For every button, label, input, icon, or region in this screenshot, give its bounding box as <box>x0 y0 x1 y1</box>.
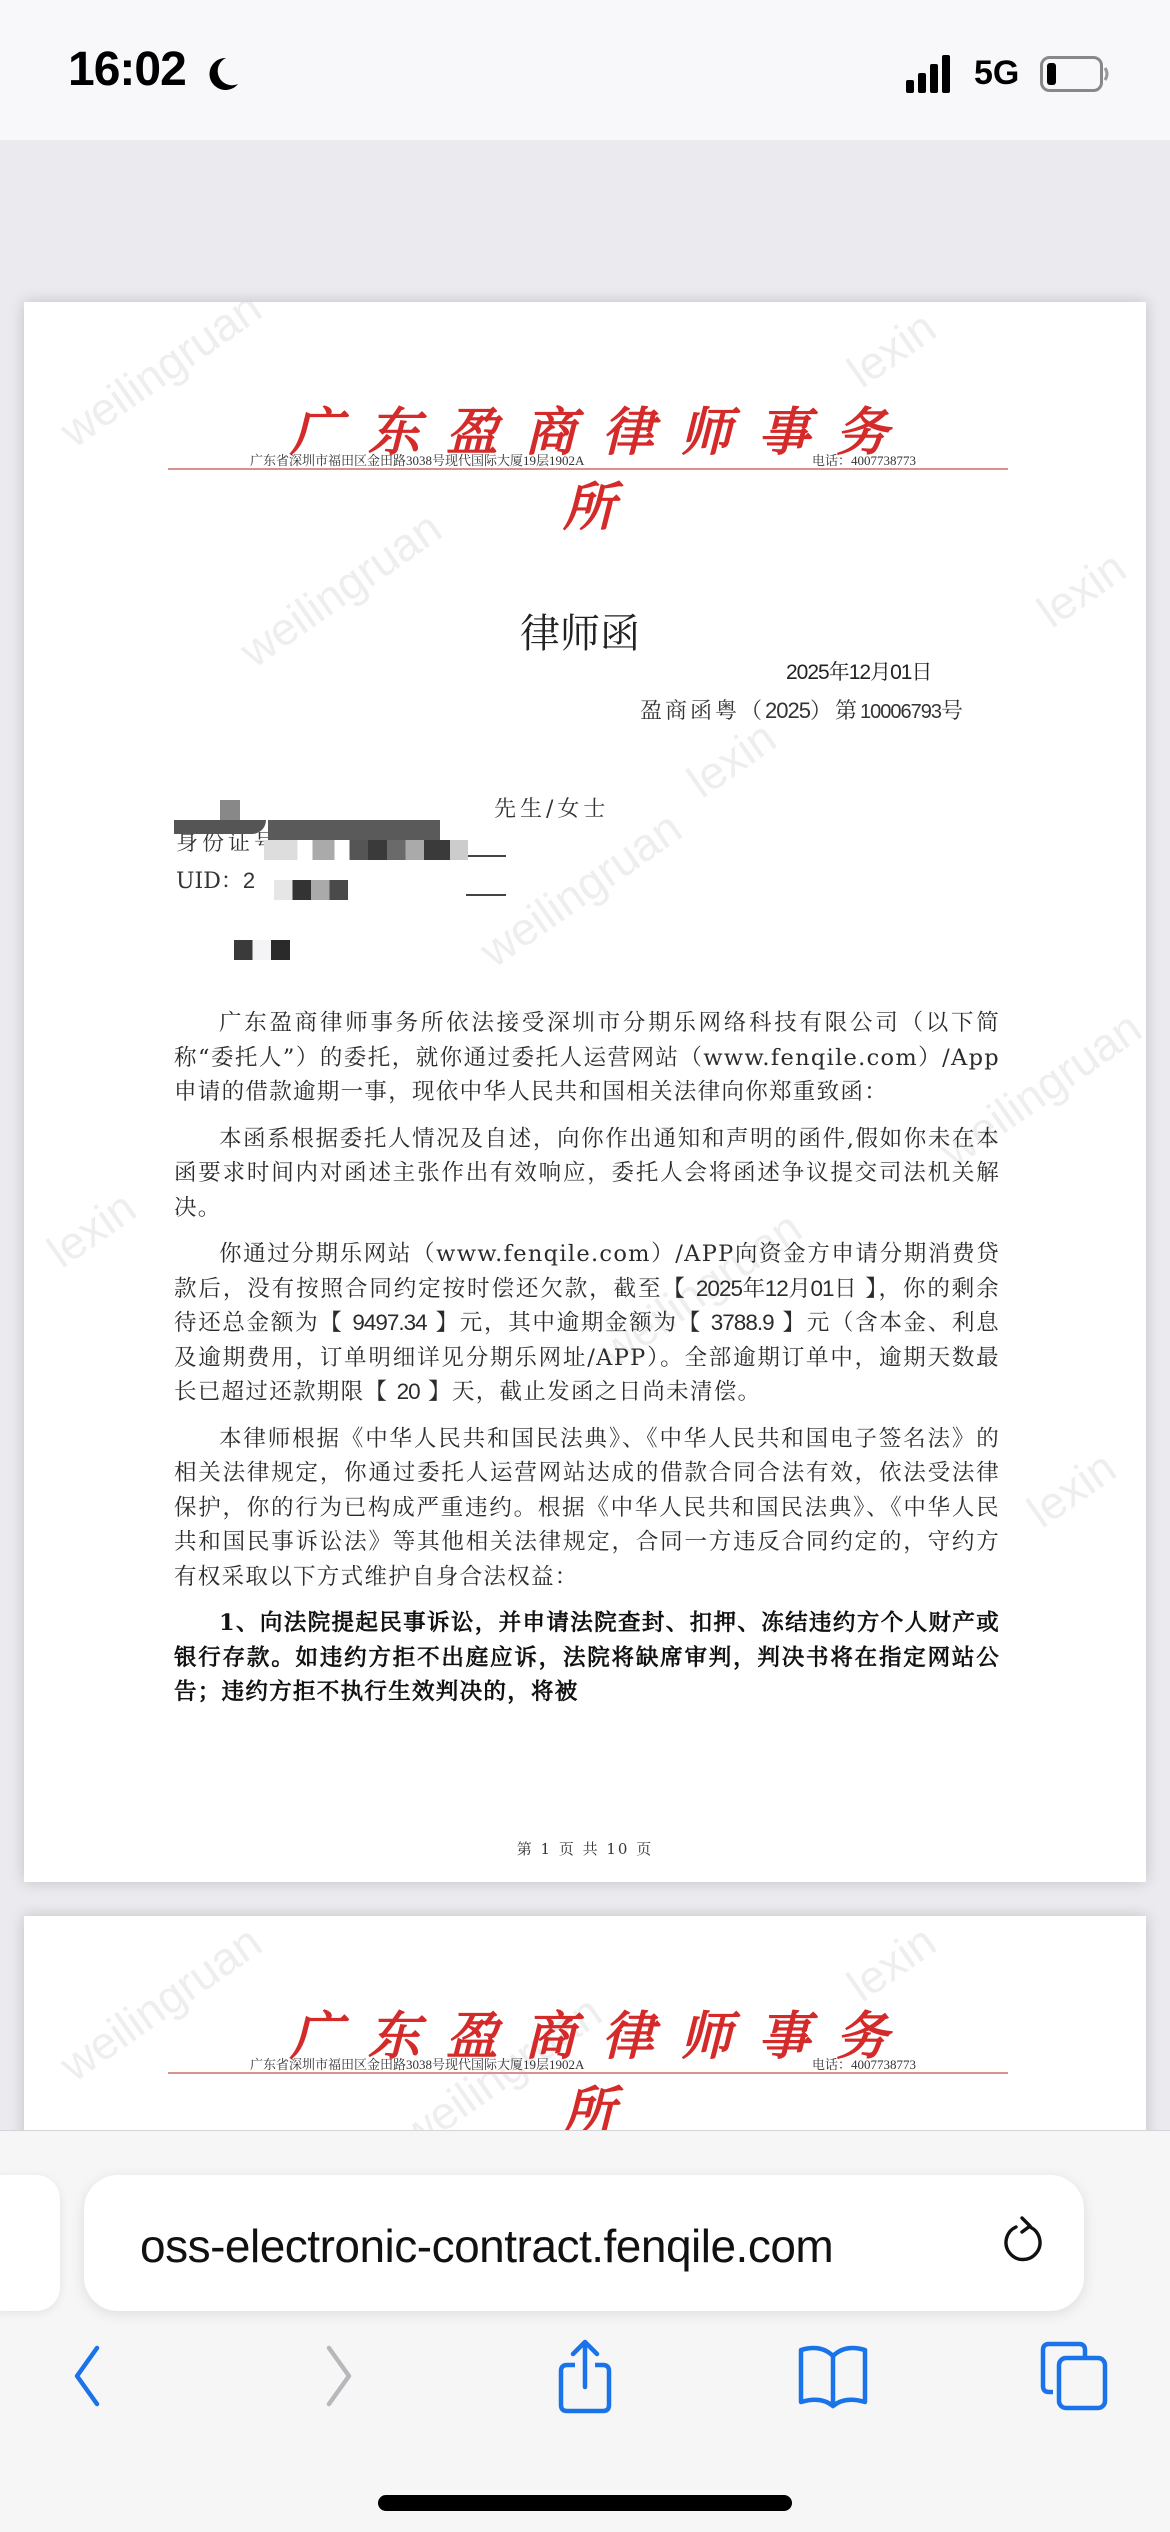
document-page-1: weilingruan lexin weilingruan lexin weil… <box>24 302 1146 1882</box>
letterhead-divider <box>168 2072 1008 2074</box>
ref-mid: ）第 <box>810 699 860 724</box>
overdue-amount: 3788.9 <box>711 1310 774 1335</box>
forward-button[interactable] <box>294 2331 384 2421</box>
redaction-block <box>220 800 240 820</box>
moon-icon <box>206 56 240 92</box>
watermark: weilingruan <box>50 302 272 458</box>
letter-title: 律师函 <box>520 602 640 659</box>
share-icon <box>553 2337 617 2415</box>
uid-label-text: UID： <box>176 869 243 894</box>
ref-prefix: 盈商函粤（ <box>640 699 765 724</box>
recipient-salutation: 先生/女士 <box>494 792 609 823</box>
paragraph-remedy-1: 1、向法院提起民事诉讼，并申请法院查封、扣押、冻结违约方个人财产或银行存款。如违… <box>174 1606 1000 1710</box>
text: 】天，截止发函之日尚未清偿。 <box>420 1379 762 1405</box>
signal-bars-icon <box>906 54 954 94</box>
watermark: weilingruan <box>50 1916 272 2092</box>
paragraph-arrears: 你通过分期乐网站（www.fenqile.com）/APP向资金方申请分期消费贷… <box>174 1237 1000 1410</box>
redaction-block <box>268 820 440 840</box>
document-page-2: weilingruan weilingruan lexin 广东盈商律师事务所 … <box>24 1916 1146 2130</box>
chevron-left-icon <box>67 2344 107 2408</box>
redaction-block <box>450 840 468 860</box>
letterhead-address: 广东省深圳市福田区金田路3038号现代国际大厦19层1902A <box>250 2054 584 2073</box>
address-bar[interactable]: oss-electronic-contract.fenqile.com <box>84 2175 1084 2311</box>
text: 】元，其中逾期金额为【 <box>427 1310 711 1336</box>
battery-low-icon <box>1040 56 1110 92</box>
uid-underline <box>466 894 506 896</box>
status-time: 16:02 <box>68 42 186 97</box>
paragraph-intro: 广东盈商律师事务所依法接受深圳市分期乐网络科技有限公司（以下简称“委托人”）的委… <box>174 1006 1000 1110</box>
letter-body: 广东盈商律师事务所依法接受深圳市分期乐网络科技有限公司（以下简称“委托人”）的委… <box>174 1006 1000 1710</box>
share-button[interactable] <box>540 2331 630 2421</box>
letterhead-divider <box>168 468 1008 470</box>
uid-visible-digit: 2 <box>243 868 254 893</box>
book-icon <box>795 2342 871 2410</box>
document-viewer[interactable]: weilingruan lexin weilingruan lexin weil… <box>0 140 1170 2130</box>
redaction-block <box>174 820 266 834</box>
watermark: weilingruan <box>470 800 692 978</box>
redaction-block <box>274 880 348 900</box>
redaction-block <box>264 840 450 860</box>
watermark: lexin <box>1027 540 1135 638</box>
ref-suffix: 号 <box>941 699 966 724</box>
back-button[interactable] <box>42 2331 132 2421</box>
uid-label: UID：2 <box>176 864 254 895</box>
tabs-icon <box>1039 2340 1111 2412</box>
bookmarks-button[interactable] <box>788 2331 878 2421</box>
status-bar: 16:02 5G <box>0 0 1170 140</box>
redaction-block <box>234 940 290 960</box>
tabs-button[interactable] <box>1030 2331 1120 2421</box>
total-outstanding-amount: 9497.34 <box>352 1310 426 1335</box>
cutoff-date: 2025年12月01日 <box>696 1276 856 1301</box>
home-indicator[interactable] <box>378 2495 792 2511</box>
network-type: 5G <box>974 54 1019 93</box>
paragraph-notice: 本函系根据委托人情况及自述，向你作出通知和声明的函件,假如你未在本函要求时间内对… <box>174 1122 1000 1226</box>
letterhead-phone: 电话：4007738773 <box>812 450 916 469</box>
overdue-days: 20 <box>397 1379 420 1404</box>
chevron-right-icon <box>319 2344 359 2408</box>
watermark: lexin <box>837 302 945 398</box>
previous-tab-peek[interactable] <box>0 2175 60 2311</box>
letterhead-address: 广东省深圳市福田区金田路3038号现代国际大厦19层1902A <box>250 450 584 469</box>
letterhead-phone: 电话：4007738773 <box>812 2054 916 2073</box>
watermark: lexin <box>37 1180 145 1279</box>
ref-number: 10006793 <box>860 701 941 723</box>
id-underline <box>468 855 506 857</box>
page-number-footer: 第 1 页 共 10 页 <box>24 1838 1146 1859</box>
ref-year: 2025 <box>765 698 810 723</box>
watermark: lexin <box>1017 1440 1125 1539</box>
browser-toolbar: oss-electronic-contract.fenqile.com <box>0 2130 1170 2532</box>
letter-reference-number: 盈商函粤（2025）第10006793号 <box>640 694 966 725</box>
url-text[interactable]: oss-electronic-contract.fenqile.com <box>140 2219 833 2273</box>
reload-icon[interactable] <box>996 2215 1052 2271</box>
paragraph-legal-basis: 本律师根据《中华人民共和国民法典》、《中华人民共和国电子签名法》的相关法律规定，… <box>174 1422 1000 1595</box>
letter-date: 2025年12月01日 <box>786 656 931 686</box>
